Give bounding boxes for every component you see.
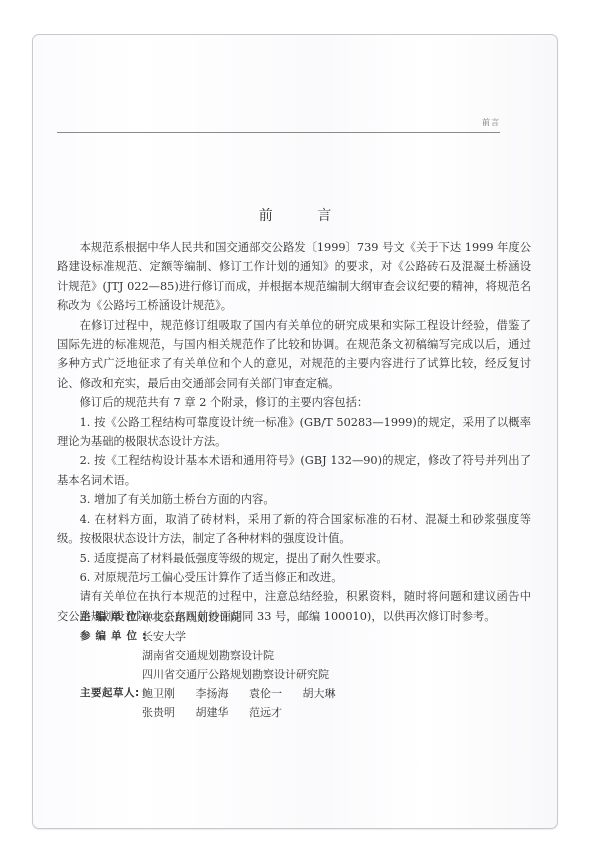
credit-label: 主要起草人: xyxy=(80,684,142,722)
list-item-1: 1. 按《公路工程结构可靠度设计统一标准》(GB/T 50283—1999)的规… xyxy=(57,413,531,452)
drafter-name: 胡建华 xyxy=(196,706,229,719)
drafter-name: 张贵明 xyxy=(142,706,175,719)
credit-value: 中交公路规划设计院 xyxy=(142,608,241,627)
credit-value: 长安大学 xyxy=(142,627,329,646)
credit-value: 四川省交通厅公路规划勘察设计研究院 xyxy=(142,665,329,684)
credit-main-drafters: 主要起草人: 鲍卫刚 李扬海 袁伦一 胡大琳 张贵明 胡建华 范远才 xyxy=(80,684,353,722)
drafter-names-line: 鲍卫刚 李扬海 袁伦一 胡大琳 xyxy=(142,684,353,703)
paragraph-revision-summary: 修订后的规范共有 7 章 2 个附录，修订的主要内容包括： xyxy=(57,393,531,412)
drafter-name: 袁伦一 xyxy=(249,687,282,700)
list-item-3: 3. 增加了有关加筋土桥台方面的内容。 xyxy=(57,490,531,509)
credit-participating-editors: 参编单位: 长安大学 湖南省交通规划勘察设计院 四川省交通厅公路规划勘察设计研究… xyxy=(80,627,353,684)
drafter-name: 胡大琳 xyxy=(303,687,336,700)
list-item-6: 6. 对原规范圬工偏心受压计算作了适当修正和改进。 xyxy=(57,568,531,587)
document-body: 本规范系根据中华人民共和国交通部交公路发〔1999〕739 号文《关于下达 19… xyxy=(57,238,531,626)
drafter-name: 李扬海 xyxy=(196,687,229,700)
drafter-name: 鲍卫刚 xyxy=(142,687,175,700)
document-title: 前 言 xyxy=(0,205,590,225)
credit-label: 参编单位: xyxy=(80,627,142,684)
running-header: 前言 xyxy=(57,100,500,133)
running-header-title: 前言 xyxy=(482,117,500,128)
paragraph-intro: 本规范系根据中华人民共和国交通部交公路发〔1999〕739 号文《关于下达 19… xyxy=(57,238,531,316)
list-item-4: 4. 在材料方面，取消了砖材料，采用了新的符合国家标准的石材、混凝土和砂浆强度等… xyxy=(57,510,531,549)
paragraph-revision-process: 在修订过程中，规范修订组吸取了国内有关单位的研究成果和实际工程设计经验，借鉴了国… xyxy=(57,316,531,394)
credit-chief-editor: 主编单位: 中交公路规划设计院 xyxy=(80,608,353,627)
list-item-5: 5. 适度提高了材料最低强度等级的规定，提出了耐久性要求。 xyxy=(57,549,531,568)
drafter-name: 范远才 xyxy=(249,706,282,719)
drafter-names-line: 张贵明 胡建华 范远才 xyxy=(142,703,353,722)
credit-label: 主编单位: xyxy=(80,608,142,627)
credit-value: 湖南省交通规划勘察设计院 xyxy=(142,646,329,665)
list-item-2: 2. 按《工程结构设计基本术语和通用符号》(GBJ 132—90)的规定，修改了… xyxy=(57,451,531,490)
credits-block: 主编单位: 中交公路规划设计院 参编单位: 长安大学 湖南省交通规划勘察设计院 … xyxy=(80,608,353,722)
